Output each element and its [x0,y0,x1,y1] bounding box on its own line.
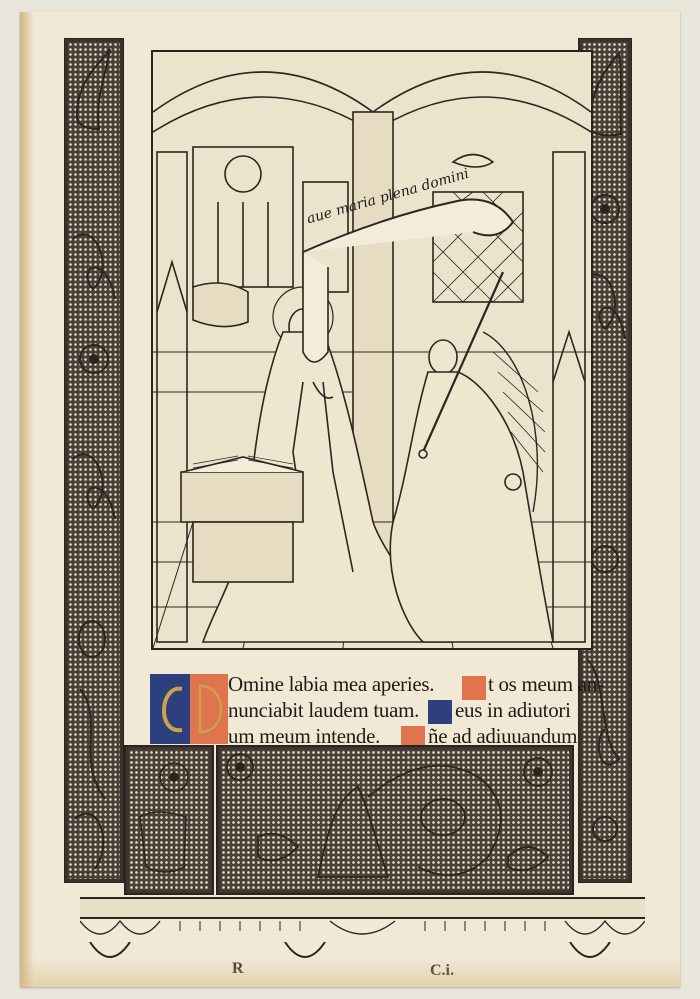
rubric-initial-red [462,676,486,700]
signature-mark-right: C.i. [430,962,454,980]
text-line-1: Omine labia mea aperies. [228,672,434,697]
dragon-foliage-icon [218,747,572,893]
scroll-flower-icon [126,747,212,893]
book-page: aue maria plena domini Omine labia mea a… [20,12,680,987]
foliage-bird-icon [65,39,123,882]
pendant-ornament-icon [560,942,620,972]
left-border-ornament [64,38,124,883]
signature-mark-left: R [232,960,244,978]
pendant-ornament-icon [80,942,140,972]
cornice-molding [80,897,645,919]
annunciation-woodcut: aue maria plena domini [151,50,593,650]
pendant-ornament-icon [275,942,335,972]
rubric-initial-blue [428,700,452,724]
annunciation-illustration [153,52,591,648]
illuminated-initial-red [190,674,228,744]
text-line-2-right: eus in adiutori [455,698,571,723]
illuminated-initial-blue [150,674,194,744]
prayer-text-block: Omine labia mea aperies. nunciabit laude… [150,672,590,752]
bottom-panel-dragon [216,745,574,895]
text-line-1-right: t os meum an- [488,672,604,697]
bottom-panel-scroll [124,745,214,895]
text-line-2: nunciabit laudem tuam. [228,698,419,723]
